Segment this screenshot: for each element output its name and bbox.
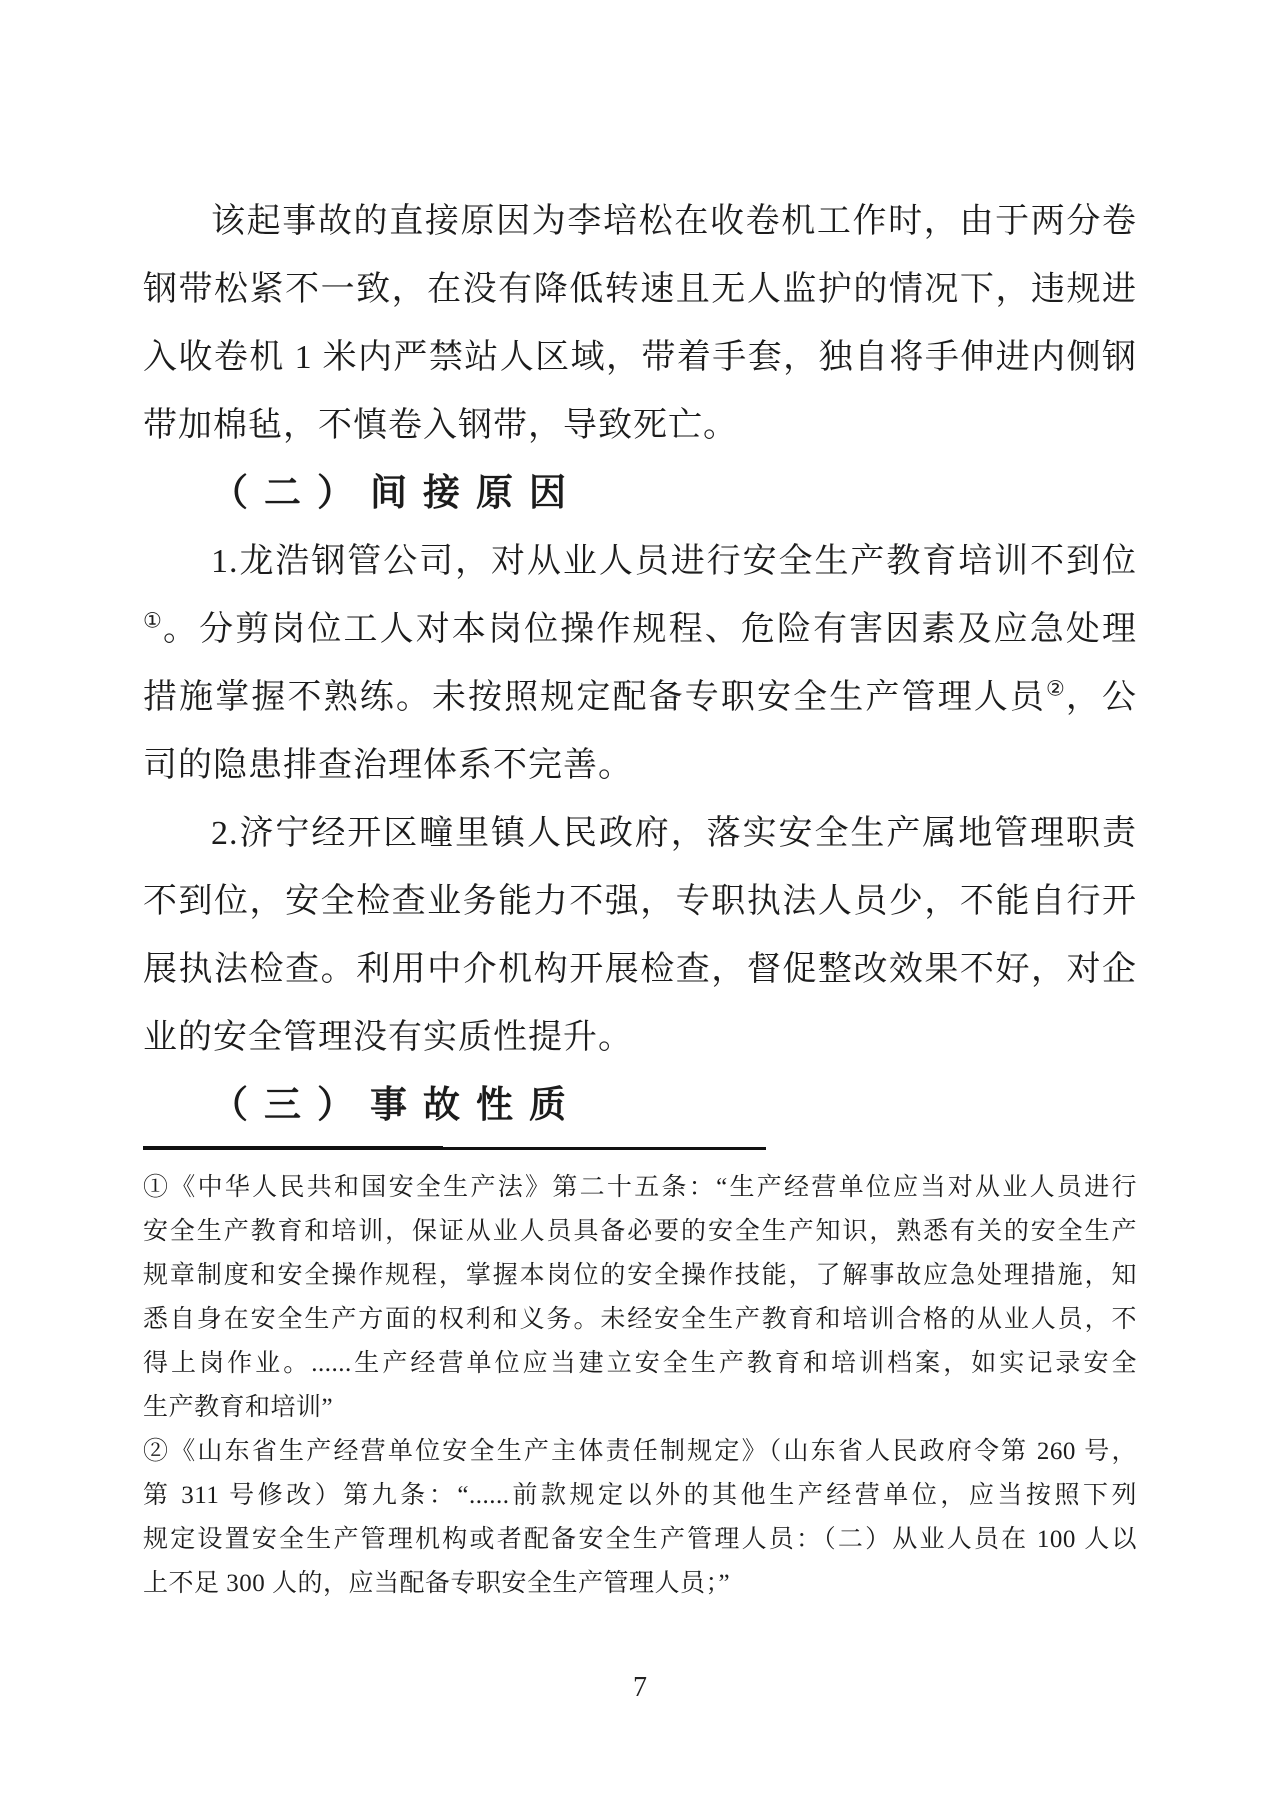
body-line: 该起事故的直接原因为李培松在收卷机工作时，由于两分卷 <box>143 188 1137 256</box>
body-line: 不到位，安全检查业务能力不强，专职执法人员少，不能自行开 <box>143 868 1137 936</box>
footnote-line: 规章制度和安全操作规程，掌握本岗位的安全操作技能，了解事故应急处理措施，知 <box>143 1254 1137 1298</box>
body-line: 1.龙浩钢管公司，对从业人员进行安全生产教育培训不到位 <box>143 528 1137 596</box>
body-line-text: ，公 <box>1066 679 1137 716</box>
footnotes-section: ①《中华人民共和国安全生产法》第二十五条：“生产经营单位应当对从业人员进行 安全… <box>143 1166 1137 1606</box>
body-line: 司的隐患排查治理体系不完善。 <box>143 732 1137 800</box>
paragraph-indirect-cause-2: 2.济宁经开区疃里镇人民政府，落实安全生产属地管理职责 不到位，安全检查业务能力… <box>143 800 1137 1072</box>
body-line: 业的安全管理没有实质性提升。 <box>143 1004 1137 1072</box>
body-line: 带加棉毡，不慎卷入钢带，导致死亡。 <box>143 392 1137 460</box>
footnote-line: 得上岗作业。......生产经营单位应当建立安全生产教育和培训档案，如实记录安全 <box>143 1342 1137 1386</box>
document-page: 该起事故的直接原因为李培松在收卷机工作时，由于两分卷 钢带松紧不一致，在没有降低… <box>0 0 1280 1810</box>
footnote-line: 第 311 号修改）第九条：“......前款规定以外的其他生产经营单位，应当按… <box>143 1474 1137 1518</box>
paragraph-indirect-cause-1: 1.龙浩钢管公司，对从业人员进行安全生产教育培训不到位 ①。分剪岗位工人对本岗位… <box>143 528 1137 800</box>
body-line-text: 。分剪岗位工人对本岗位操作规程、危险有害因素及应急处理 <box>163 611 1137 648</box>
heading-indirect-cause: （二）间接原因 <box>143 460 1137 528</box>
paragraph-direct-cause: 该起事故的直接原因为李培松在收卷机工作时，由于两分卷 钢带松紧不一致，在没有降低… <box>143 188 1137 460</box>
body-line-text: 措施掌握不熟练。未按照规定配备专职安全生产管理人员 <box>143 679 1046 716</box>
body-line: 钢带松紧不一致，在没有降低转速且无人监护的情况下，违规进 <box>143 256 1137 324</box>
footnote-line: ②《山东省生产经营单位安全生产主体责任制规定》（山东省人民政府令第 260 号， <box>143 1430 1137 1474</box>
footnote-ref-2: ② <box>1046 677 1066 701</box>
body-line: 展执法检查。利用中介机构开展检查，督促整改效果不好，对企 <box>143 936 1137 1004</box>
body-line: 2.济宁经开区疃里镇人民政府，落实安全生产属地管理职责 <box>143 800 1137 868</box>
heading-accident-nature: （三）事故性质 <box>143 1072 1137 1140</box>
page-number: 7 <box>0 1672 1280 1704</box>
footnote-line: 悉自身在安全生产方面的权利和义务。未经安全生产教育和培训合格的从业人员，不 <box>143 1298 1137 1342</box>
footnote-line: 安全生产教育和培训，保证从业人员具备必要的安全生产知识，熟悉有关的安全生产 <box>143 1210 1137 1254</box>
page-content: 该起事故的直接原因为李培松在收卷机工作时，由于两分卷 钢带松紧不一致，在没有降低… <box>143 188 1137 1606</box>
footnote-line: ①《中华人民共和国安全生产法》第二十五条：“生产经营单位应当对从业人员进行 <box>143 1166 1137 1210</box>
footnote-line: 规定设置安全生产管理机构或者配备安全生产管理人员：（二）从业人员在 100 人以 <box>143 1518 1137 1562</box>
body-line: ①。分剪岗位工人对本岗位操作规程、危险有害因素及应急处理 <box>143 596 1137 664</box>
body-line: 措施掌握不熟练。未按照规定配备专职安全生产管理人员②，公 <box>143 664 1137 732</box>
footnote-divider-segment <box>441 1147 766 1150</box>
footnote-line: 上不足 300 人的，应当配备专职安全生产管理人员；” <box>143 1562 1137 1606</box>
footnote-divider <box>143 1144 1137 1152</box>
body-line: 入收卷机 1 米内严禁站人区域，带着手套，独自将手伸进内侧钢 <box>143 324 1137 392</box>
footnote-divider-segment <box>143 1146 443 1150</box>
footnote-ref-1: ① <box>143 609 163 633</box>
footnote-line: 生产教育和培训” <box>143 1386 1137 1430</box>
